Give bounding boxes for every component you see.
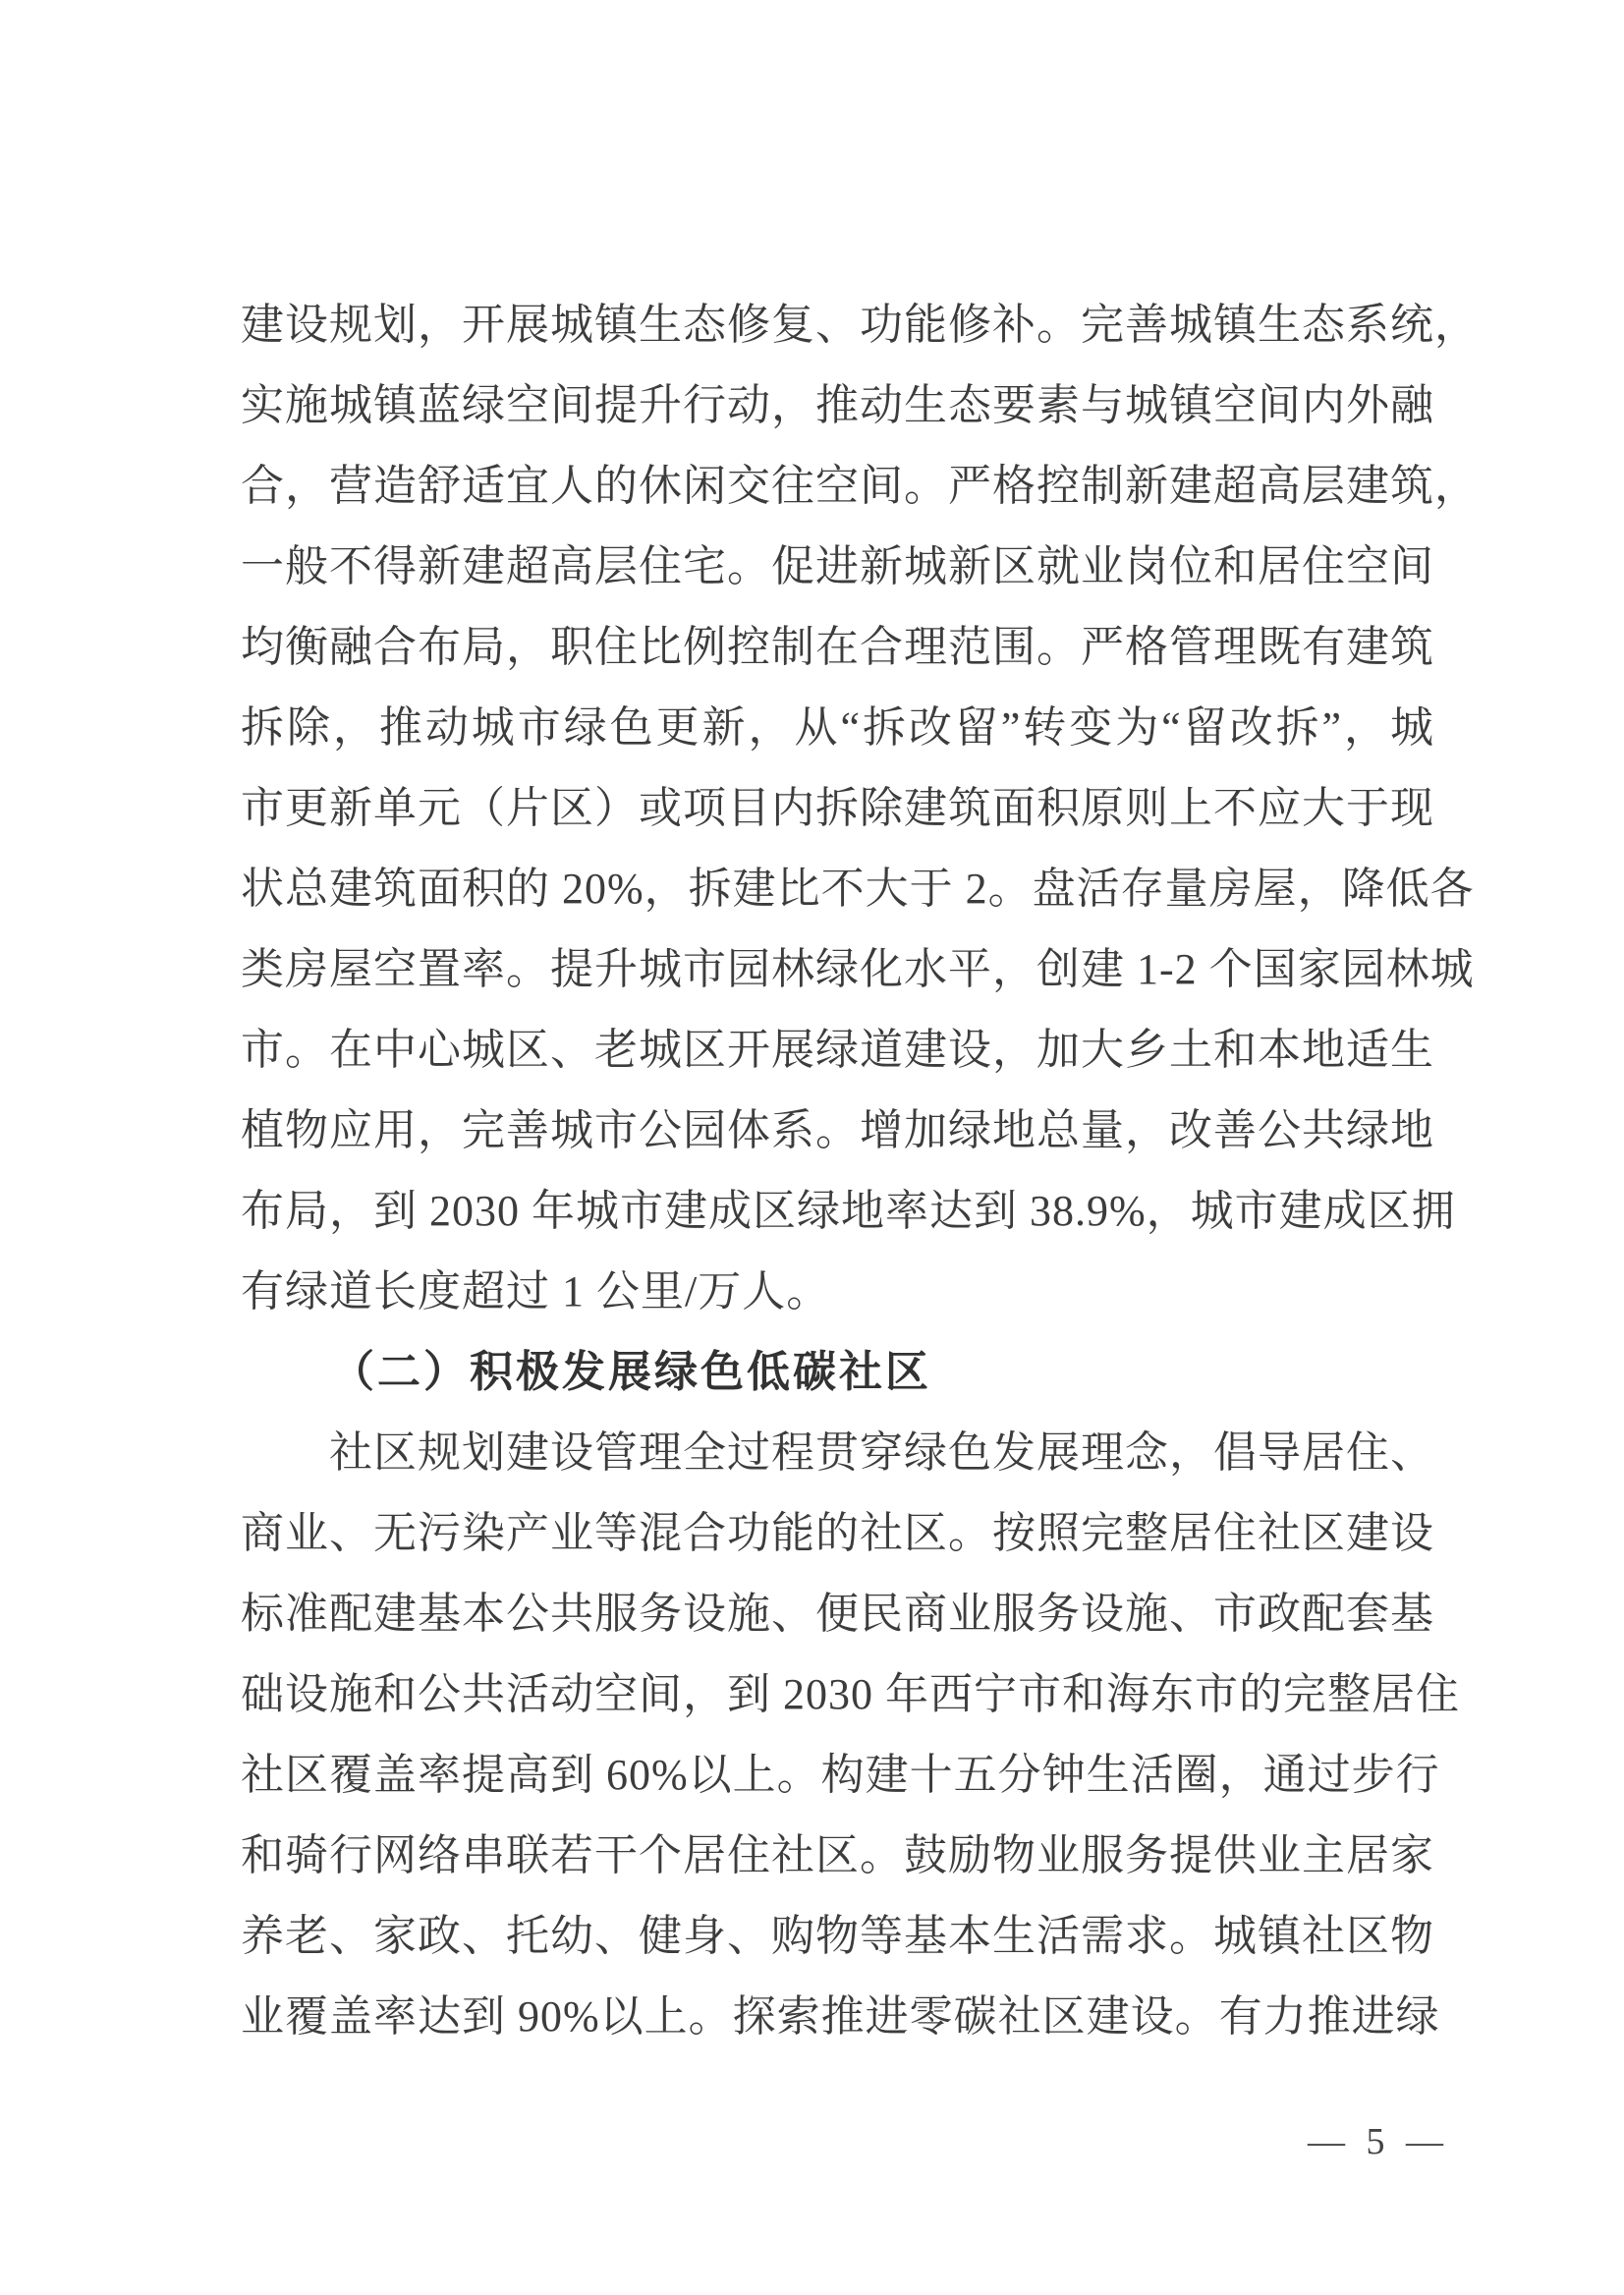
text-line: 标准配建基本公共服务设施、便民商业服务设施、市政配套基 — [241, 1574, 1434, 1654]
text-line: 类房屋空置率。提升城市园林绿化水平，创建 1-2 个国家园林城 — [241, 929, 1434, 1010]
text-line: 一般不得新建超高层住宅。促进新城新区就业岗位和居住空间 — [241, 527, 1434, 607]
text-line: 植物应用，完善城市公园体系。增加绿地总量，改善公共绿地 — [241, 1091, 1434, 1171]
text-line: 业覆盖率达到 90%以上。探索推进零碳社区建设。有力推进绿 — [241, 1977, 1434, 2057]
text-line: 拆除，推动城市绿色更新，从“拆改留”转变为“留改拆”，城 — [241, 688, 1434, 768]
text-line: 均衡融合布局，职住比例控制在合理范围。严格管理既有建筑 — [241, 607, 1434, 688]
text-line: 社区覆盖率提高到 60%以上。构建十五分钟生活圈，通过步行 — [241, 1735, 1434, 1816]
text-line: 养老、家政、托幼、健身、购物等基本生活需求。城镇社区物 — [241, 1896, 1434, 1977]
text-line: 实施城镇蓝绿空间提升行动，推动生态要素与城镇空间内外融 — [241, 365, 1434, 446]
text-line: 状总建筑面积的 20%，拆建比不大于 2。盘活存量房屋，降低各 — [241, 849, 1434, 929]
text-line: 础设施和公共活动空间，到 2030 年西宁市和海东市的完整居住 — [241, 1654, 1434, 1735]
text-line: 商业、无污染产业等混合功能的社区。按照完整居住社区建设 — [241, 1493, 1434, 1574]
page-number: — 5 — — [1308, 2114, 1449, 2169]
document-body: 建设规划，开展城镇生态修复、功能修补。完善城镇生态系统， 实施城镇蓝绿空间提升行… — [241, 285, 1434, 2057]
text-line: 布局，到 2030 年城市建成区绿地率达到 38.9%，城市建成区拥 — [241, 1171, 1434, 1252]
text-line: 有绿道长度超过 1 公里/万人。 — [241, 1252, 1434, 1332]
document-page: 建设规划，开展城镇生态修复、功能修补。完善城镇生态系统， 实施城镇蓝绿空间提升行… — [0, 0, 1624, 2295]
text-line: 建设规划，开展城镇生态修复、功能修补。完善城镇生态系统， — [241, 285, 1434, 365]
section-heading: （二）积极发展绿色低碳社区 — [241, 1332, 1434, 1413]
text-line: 社区规划建设管理全过程贯穿绿色发展理念，倡导居住、 — [241, 1413, 1434, 1493]
text-line: 合，营造舒适宜人的休闲交往空间。严格控制新建超高层建筑， — [241, 446, 1434, 527]
text-line: 市。在中心城区、老城区开展绿道建设，加大乡土和本地适生 — [241, 1010, 1434, 1091]
text-line: 市更新单元（片区）或项目内拆除建筑面积原则上不应大于现 — [241, 768, 1434, 849]
text-line: 和骑行网络串联若干个居住社区。鼓励物业服务提供业主居家 — [241, 1816, 1434, 1896]
